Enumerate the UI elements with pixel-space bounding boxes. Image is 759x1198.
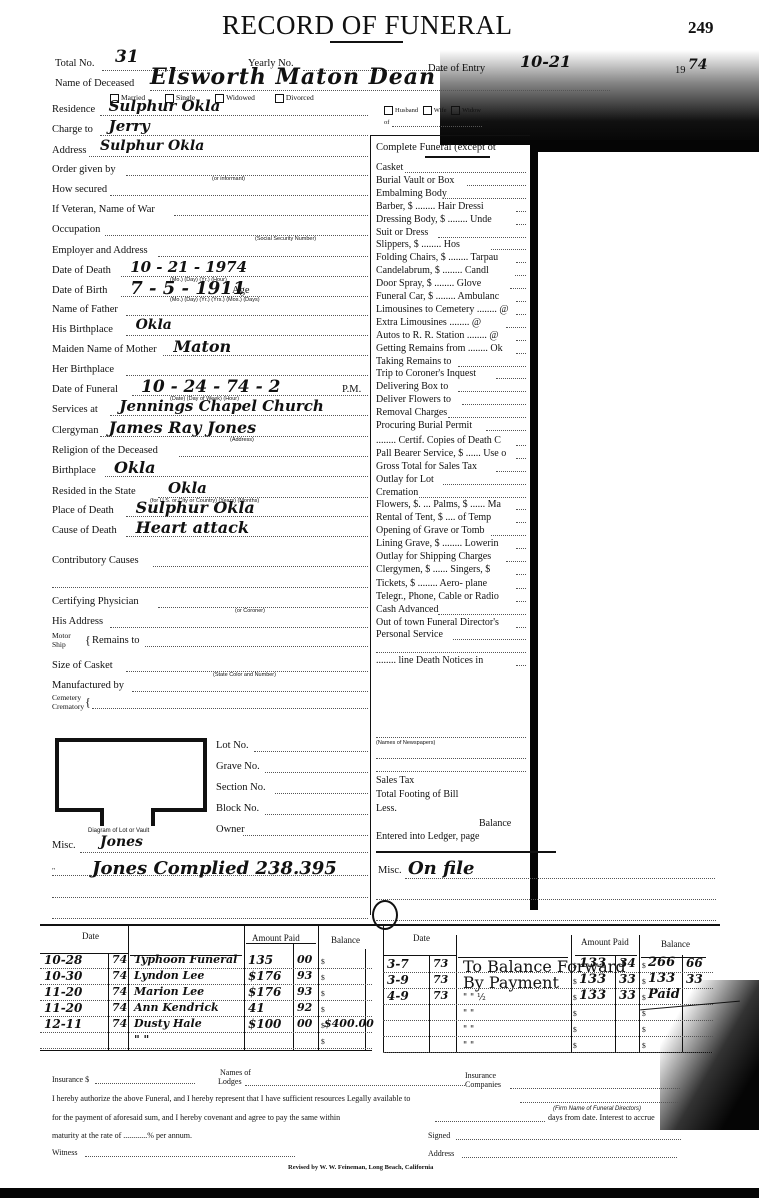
brace: { [85,633,91,648]
ledger-right-date-header: Date [413,933,430,943]
year-prefix: 19 [675,65,686,76]
field-label: Remains to [92,635,140,646]
charge-item: Cremation [376,487,418,498]
lot-field-label: Section No. [216,782,266,793]
year-value[interactable]: 74 [688,57,707,73]
row-balance[interactable]: 266 [648,955,675,970]
dollar-sign: $ [321,973,325,982]
field-value[interactable]: James Ray Jones [109,418,257,437]
row-description[interactable]: " " [134,1033,149,1046]
lot-diagram-bottom-left [55,808,103,812]
charge-line [491,535,526,536]
field-label: His Birthplace [52,324,113,335]
charge-item: Casket [376,162,403,173]
charge-line [496,471,526,472]
sales-tax-label: Sales Tax [376,775,414,786]
field-label: Clergyman [52,425,98,436]
charge-item: Embalming Body [376,188,447,199]
charge-item: Gross Total for Sales Tax [376,461,477,472]
charge-line [516,574,526,575]
charge-line [516,340,526,341]
charge-line [405,172,526,173]
row-cents[interactable]: 92 [297,1001,312,1014]
lot-field-line[interactable] [265,814,368,815]
page-title: RECORD OF FUNERAL [222,10,513,41]
charge-line [443,484,526,485]
ledger-right-row: " " $ $ [383,1037,713,1053]
address-label: Address [428,1149,454,1158]
date-of-entry-value[interactable]: 10-21 [520,52,571,71]
charge-line [515,275,526,276]
checkbox-wife[interactable]: Wife [423,107,447,114]
name-line [150,90,610,91]
charge-item: Trip to Coroner's Inquest [376,368,476,379]
balance-label: Balance [479,818,511,829]
lot-field-line[interactable] [265,772,368,773]
charge-line [453,639,526,640]
witness-line [85,1156,295,1157]
checkbox-icon [275,94,284,103]
charge-line [443,198,526,199]
charge-item: Autos to R. R. Station ........ @ [376,330,499,341]
charges-header-underline [425,156,490,158]
ledger-left-balance-header: Balance [331,935,360,945]
charge-item: Folding Chairs, $ ........ Tarpau [376,252,498,263]
widow-label: Widow [462,107,481,114]
charge-line [491,249,526,250]
charge-item: Burial Vault or Box [376,175,454,186]
row-amount[interactable]: 133 [579,956,606,971]
field-label: Place of Death [52,505,114,516]
authorization-line-2: for the payment of aforesaid sum, and I … [52,1113,340,1122]
row-amount[interactable]: 135 [248,953,273,967]
row-description[interactable]: Lyndon Lee [134,969,204,982]
ledger-left-row: 10-30 74 Lyndon Lee $176 93 $ [40,969,372,985]
row-description: " " ½ [463,993,486,1003]
charge-item: Tickets, $ ........ Aero- plane [376,578,487,589]
row-year[interactable]: 74 [112,1017,127,1030]
field-line [153,566,368,567]
revised-by-credit: Revised by W. W. Feineman, Long Beach, C… [288,1164,433,1171]
field-sub-label: (or Coroner) [235,608,265,614]
row-cents[interactable]: 34 [619,956,636,970]
lot-field-label: Lot No. [216,740,249,751]
field-label: If Veteran, Name of War [52,204,155,215]
row-balance-cents[interactable]: 66 [686,956,703,970]
charge-line [516,262,526,263]
ledger-underline [376,851,556,853]
field-line [100,115,368,116]
row-year[interactable]: 74 [112,985,127,998]
charge-line [510,288,526,289]
field-line [126,175,368,176]
row-year[interactable]: 73 [433,973,448,986]
charge-line [506,561,526,562]
ledger-right-row: 4-9 73 " " ½ $ 133 33 $ Paid [383,989,713,1005]
field-value[interactable]: Okla [168,479,207,497]
row-balance[interactable]: 133 [648,971,675,986]
husband-label: Husband [395,107,418,114]
name-of-deceased-label: Name of Deceased [55,78,134,89]
charge-line [516,445,526,446]
bottom-black-band [0,1188,759,1198]
ledger-left-row: 11-20 74 Marion Lee $176 93 $ [40,985,372,1001]
checkbox-divorced[interactable]: Divorced [275,93,314,102]
charge-item: Dressing Body, $ ........ Unde [376,214,492,225]
dollar-sign: $ [573,1041,577,1050]
field-line [110,627,368,628]
row-description[interactable]: Marion Lee [134,985,204,998]
ledger-left-header-line [246,943,316,944]
row-amount[interactable]: $176 [248,969,281,983]
row-cents[interactable]: 33 [619,972,636,986]
field-value[interactable]: Okla [114,458,155,477]
black-mask-right [530,140,759,152]
newspapers-line-1 [376,737,526,738]
checkbox-icon [384,106,393,115]
ledger-left: Date Amount Paid Balance 10-28 74 Typhoo… [40,925,372,1055]
field-label: His Address [52,616,103,627]
of-label-right: of [483,119,488,126]
row-description[interactable]: Dusty Hale [134,1017,202,1030]
lodges-line [245,1085,465,1086]
row-date[interactable]: 11-20 [44,1001,82,1015]
field-prefix-top: Motor [52,631,71,640]
lot-diagram-bottom-right [151,808,203,812]
row-cents[interactable]: 33 [619,988,636,1002]
field-label: Charge to [52,124,93,135]
total-footing-label: Total Footing of Bill [376,789,458,800]
row-amount[interactable]: 133 [579,972,606,987]
authorization-line-1: I hereby authorize the above Funeral, an… [52,1094,410,1103]
age-label: Age [232,285,250,296]
charge-item: Limousines to Cemetery ........ @ [376,304,509,315]
charge-item: Out of town Funeral Director's [376,617,499,628]
charge-line [516,509,526,510]
field-label: Contributory Causes [52,555,139,566]
dollar-sign: $ [642,1041,646,1050]
charge-line [438,614,526,615]
charge-item: Procuring Burial Permit [376,420,472,431]
lodges-label-bottom: Lodges [218,1077,242,1086]
field-value[interactable]: 10 - 24 - 74 - 2 [141,377,280,397]
misc-left-line-3 [52,897,368,898]
dollar-sign: $ [573,1025,577,1034]
row-year[interactable]: 74 [112,969,127,982]
field-sub-label: (Mo.) (Day) (Yr.) (Yrs.) (Mos.) (Days) [170,297,260,303]
charge-item: Deliver Flowers to [376,394,451,405]
charge-line [516,627,526,628]
lot-field-line[interactable] [254,751,368,752]
field-line [105,235,368,236]
field-line [158,256,368,257]
ledger-right-balance-header: Balance [661,939,690,949]
charge-line [458,391,526,392]
dollar-sign: $ [573,977,577,986]
field-value[interactable]: Jennings Chapel Church [119,397,323,415]
charge-item: Barber, $ ........ Hair Dressi [376,201,484,212]
row-amount[interactable]: 133 [579,988,606,1003]
charge-line [516,588,526,589]
row-year[interactable]: 74 [112,1001,127,1014]
row-date[interactable]: 10-30 [44,969,82,983]
field-label: Size of Casket [52,660,113,671]
charge-line [506,327,526,328]
field-sub-label: (Address) [230,437,254,443]
dollar-sign: $ [642,977,646,986]
widowed-label: Widowed [226,93,255,102]
field-line [126,375,368,376]
field-line [92,708,368,709]
ledger-left-row: 10-28 74 Typhoon Funeral 135 00 $ [40,953,372,969]
total-no-label: Total No. [55,58,95,69]
field-label: Religion of the Deceased [52,445,158,456]
lodges-label-top: Names of [220,1068,251,1077]
charge-item: Telegr., Phone, Cable or Radio [376,591,499,602]
row-amount[interactable]: $176 [248,985,281,999]
charge-item: Removal Charges [376,407,447,418]
field-label: Employer and Address [52,245,148,256]
charge-item: Outlay for Lot [376,474,434,485]
row-line [40,1048,372,1049]
charge-item: Flowers, $. ... Palms, $ ...... Ma [376,499,501,510]
field-label: Occupation [52,224,100,235]
field-label: Maiden Name of Mother [52,344,157,355]
field-line [110,415,368,416]
field-value[interactable]: 7 - 5 - 1911 [130,278,245,299]
charge-line [462,404,526,405]
charge-line [516,211,526,212]
checkbox-icon [423,106,432,115]
black-mask-strip [530,140,538,910]
field-prefix-bottom: Crematory [52,702,84,711]
row-line [383,1052,713,1053]
field-label: Order given by [52,164,116,175]
field-label: Cause of Death [52,525,117,536]
row-cents[interactable]: 93 [297,969,312,982]
misc-right-line-3 [376,920,716,921]
field-label: Birthplace [52,465,96,476]
dollar-sign: $ [642,1025,646,1034]
field-value[interactable]: Sulphur Okla [136,498,255,517]
checkbox-icon [451,106,460,115]
field-prefix-bottom: Ship [52,640,66,649]
row-description: " " [463,1041,474,1051]
field-sub-label: (or informant) [212,176,245,182]
less-label: Less. [376,803,397,814]
misc-left-handwritten-2[interactable]: Jones Complied 238.395 [92,858,337,879]
firm-name-line [520,1102,680,1103]
dollar-sign: $ [573,1009,577,1018]
field-label: Manufactured by [52,680,124,691]
charge-line [376,652,526,653]
charge-item: Lining Grave, $ ........ Lowerin [376,538,498,549]
lot-diagram-leg-right [151,808,155,826]
ledger-left-bottom-line [40,1050,372,1051]
row-date[interactable]: 12-11 [44,1017,82,1031]
checkbox-husband[interactable]: Husband [384,107,418,114]
field-value[interactable]: 10 - 21 - 1974 [130,258,247,276]
of-line [392,126,482,127]
charge-item: Extra Limousines ........ @ [376,317,481,328]
field-label: Residence [52,104,95,115]
field-line [145,646,368,647]
charge-item: Personal Service [376,629,443,640]
column-divider [370,135,371,915]
dollar-sign: $ [573,961,577,970]
dollar-sign: $ [321,1037,325,1046]
charge-line [516,353,526,354]
field-line [89,156,368,157]
row-date[interactable]: 4-9 [387,989,409,1003]
address-line [462,1157,677,1158]
authorization-line-2-end: days from date. Interest to accrue [548,1113,655,1122]
lot-field-label: Block No. [216,803,259,814]
ledger-right-header-line [383,955,456,956]
row-cents[interactable]: 93 [297,985,312,998]
misc-left-line-1 [80,852,368,853]
row-amount[interactable]: 41 [248,1001,265,1015]
divorced-label: Divorced [286,93,314,102]
field-label: Name of Father [52,304,118,315]
ledger-left-date-header: Date [82,931,99,941]
signed-line [456,1139,681,1140]
charge-item: ........ line Death Notices in [376,655,483,666]
charge-line [419,497,526,498]
charges-header: Complete Funeral (except ot [376,142,496,153]
dollar-sign: $ [321,957,325,966]
of-label-left: of [384,119,389,126]
misc-right-line-2 [376,899,716,900]
charge-line [516,224,526,225]
ledger-left-row: " " $ [40,1033,372,1049]
am-pm-suffix: P.M. [342,384,361,395]
misc-right-handwritten[interactable]: On file [408,858,474,879]
field-label: Resided in the State [52,486,136,497]
newspapers-line-3 [376,771,526,772]
field-line [174,215,368,216]
dollar-sign: $ [573,993,577,1002]
dollar-sign: $ [642,961,646,970]
row-date[interactable]: 3-9 [387,973,409,987]
misc-left-label: Misc. [52,840,76,851]
lot-field-line[interactable] [275,793,368,794]
wife-label: Wife [434,107,447,114]
charge-item: Getting Remains from ........ Ok [376,343,503,354]
relation-checkboxes: Husband Wife Widow [384,106,481,115]
charge-line [516,314,526,315]
companies-line [510,1088,680,1089]
misc-left-handwritten-1[interactable]: Jones [100,834,143,850]
charge-item: Door Spray, $ ........ Glove [376,278,481,289]
field-label: How secured [52,184,107,195]
row-date[interactable]: 3-7 [387,957,409,971]
charge-line [496,378,526,379]
scan-artifact-top [440,50,759,145]
row-description: " " [463,1025,474,1035]
row-year[interactable]: 74 [112,953,127,966]
misc-left-line-4 [52,918,368,919]
row-description[interactable]: Typhoon Funeral [134,953,237,966]
charge-line [516,458,526,459]
names-of-newspapers-note: (Names of Newspapers) [376,740,435,746]
entered-into-ledger-label: Entered into Ledger, page [376,831,479,842]
lot-field-line[interactable] [243,835,368,836]
name-of-deceased-value[interactable]: Elsworth Maton Dean [150,64,436,90]
charge-line [438,237,526,238]
field-line [126,335,368,336]
row-balance-cents[interactable]: 33 [686,972,703,986]
field-line [52,587,368,588]
lot-field-label: Grave No. [216,761,260,772]
row-balance[interactable]: Paid [648,987,680,1002]
row-date[interactable]: 10-28 [44,953,82,967]
lot-diagram-box [55,738,207,812]
field-value[interactable]: Heart attack [136,518,249,537]
field-sub-label: (Social Security Number) [255,236,316,242]
charge-item: Slippers, $ ........ Hos [376,239,460,250]
newspapers-line-2 [376,758,526,759]
field-value[interactable]: Maton [173,337,231,356]
blank-panel-right [538,152,759,907]
charge-item: Taking Remains to [376,356,451,367]
row-balance[interactable]: $400.00 [324,1017,374,1030]
field-value[interactable]: Sulphur Okla [109,97,221,115]
charge-line [516,522,526,523]
field-line [179,456,368,457]
days-line [435,1121,545,1122]
row-cents[interactable]: 00 [297,1017,312,1030]
row-year[interactable]: 73 [433,989,448,1002]
charge-item: Cash Advanced [376,604,439,615]
row-year[interactable]: 73 [433,957,448,970]
charge-line [516,665,526,666]
field-value[interactable]: Sulphur Okla [100,138,204,154]
field-label: Certifying Physician [52,596,139,607]
signed-label: Signed [428,1131,450,1140]
firm-name-note: (Firm Name of Funeral Directors) [553,1106,641,1112]
lot-diagram-leg-left [100,808,104,826]
charge-line [448,417,526,418]
authorization-line-3: maturity at the rate of ............% pe… [52,1131,192,1140]
charge-item: ........ Certif. Copies of Death C [376,435,501,446]
row-description: " " [463,1009,474,1019]
charge-line [467,185,526,186]
field-label: Date of Funeral [52,384,118,395]
page-number: 249 [688,18,714,38]
field-line [132,691,369,692]
row-amount[interactable]: $100 [248,1017,281,1031]
row-description[interactable]: Ann Kendrick [134,1001,219,1014]
field-value[interactable]: Jerry [109,117,150,135]
row-cents[interactable]: 00 [297,953,312,966]
field-value[interactable]: Okla [136,317,172,333]
charge-item: Clergymen, $ ...... Singers, $ [376,564,490,575]
checkbox-widowed[interactable]: Widowed [215,93,255,102]
field-line [100,135,368,136]
companies-label-bottom: Companies [465,1080,501,1089]
field-label: Her Birthplace [52,364,114,375]
field-prefix-top: Cemetery [52,693,81,702]
dollar-sign: $ [321,989,325,998]
witness-label: Witness [52,1148,77,1157]
field-label: Address [52,145,86,156]
row-date[interactable]: 11-20 [44,985,82,999]
misc-right-label: Misc. [378,865,402,876]
total-no-value[interactable]: 31 [115,47,139,67]
misc-left-ditto: " [52,866,55,875]
checkbox-widow[interactable]: Widow [451,107,481,114]
